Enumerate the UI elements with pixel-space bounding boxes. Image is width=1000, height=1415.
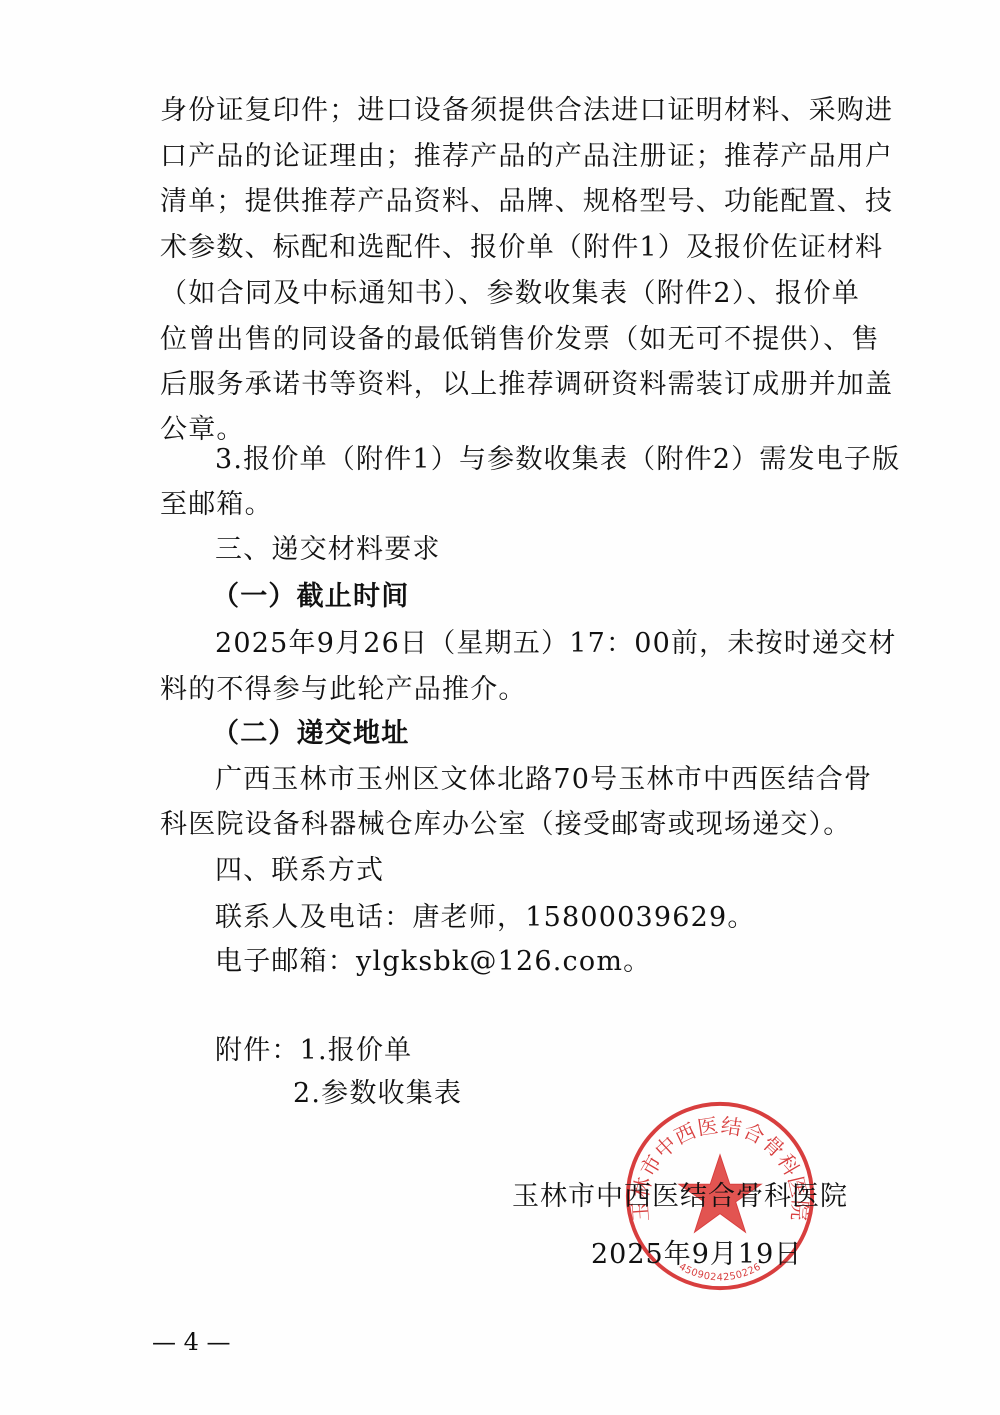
contact-value: 唐老师，15800039629。 <box>412 902 755 933</box>
signature-date: 2025年9月19日 <box>591 1240 802 1270</box>
attachment-item: 1.报价单 <box>300 1035 413 1066</box>
attachment-item: 2.参数收集表 <box>293 1079 462 1109</box>
page-number: — 4 — <box>152 1328 231 1356</box>
attachments-label: 附件： <box>215 1035 300 1066</box>
paragraph-line: 公章。 <box>160 415 245 445</box>
contact-label: 联系人及电话： <box>215 902 412 933</box>
paragraph-line: 身份证复印件；进口设备须提供合法进口证明材料、采购进 <box>160 96 860 126</box>
paragraph-line: 术参数、标配和选配件、报价单（附件1）及报价佐证材料 <box>160 233 860 263</box>
paragraph-line: 口产品的论证理由；推荐产品的产品注册证；推荐产品用户 <box>160 142 860 172</box>
attachments-line: 附件：1.报价单 <box>215 1036 412 1066</box>
section-heading: 四、联系方式 <box>215 856 384 886</box>
item-3-line: 3.报价单（附件1）与参数收集表（附件2）需发电子版 <box>215 445 860 475</box>
subsection-heading: （二）递交地址 <box>212 719 409 749</box>
email-value[interactable]: ylgksbk@126.com。 <box>356 946 651 977</box>
section-heading: 三、递交材料要求 <box>215 535 441 565</box>
address-line: 科医院设备科器械仓库办公室（接受邮寄或现场递交）。 <box>160 810 852 840</box>
deadline-line: 2025年9月26日（星期五）17：00前，未按时递交材 <box>215 629 860 659</box>
paragraph-line: 清单；提供推荐产品资料、品牌、规格型号、功能配置、技 <box>160 187 860 217</box>
paragraph-line: 后服务承诺书等资料，以上推荐调研资料需装订成册并加盖 <box>160 370 860 400</box>
item-3-line: 至邮箱。 <box>160 490 273 520</box>
paragraph-line: （如合同及中标通知书）、参数收集表（附件2）、报价单 <box>160 279 860 309</box>
deadline-line: 料的不得参与此轮产品推介。 <box>160 675 527 705</box>
contact-line: 联系人及电话：唐老师，15800039629。 <box>215 903 756 933</box>
email-line: 电子邮箱：ylgksbk@126.com。 <box>215 947 651 977</box>
subsection-heading: （一）截止时间 <box>212 582 409 612</box>
paragraph-line: 位曾出售的同设备的最低销售价发票（如无可不提供）、售 <box>160 325 860 355</box>
email-label: 电子邮箱： <box>215 946 356 977</box>
document-page: 身份证复印件；进口设备须提供合法进口证明材料、采购进 口产品的论证理由；推荐产品… <box>0 0 1000 1415</box>
signature-organization: 玉林市中西医结合骨科医院 <box>512 1182 848 1212</box>
address-line: 广西玉林市玉州区文体北路70号玉林市中西医结合骨 <box>215 765 860 795</box>
